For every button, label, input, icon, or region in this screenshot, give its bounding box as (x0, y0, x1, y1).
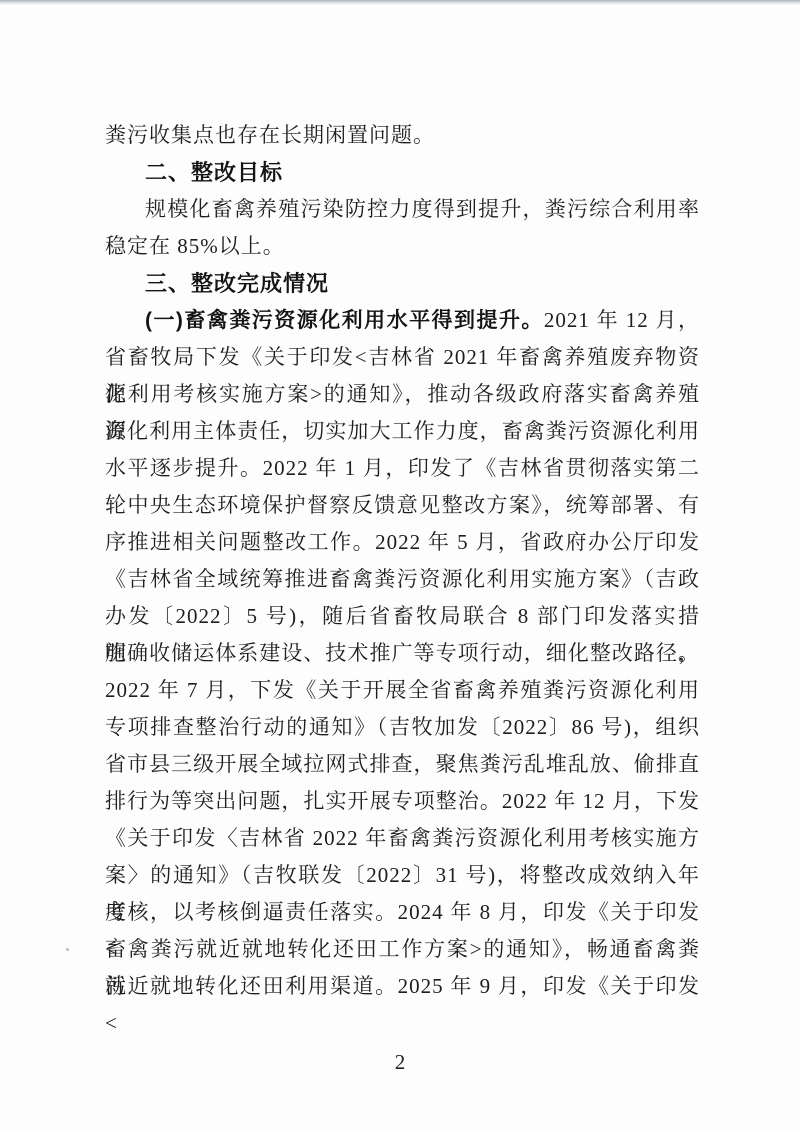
paragraph-line: 考核，以考核倒逼责任落实。2024 年 8 月，印发《关于印发< (105, 894, 700, 931)
document-text: 粪污收集点也存在长期闲置问题。 二、整改目标 规模化畜禽养殖污染防控力度得到提升… (105, 117, 700, 1005)
paragraph-line: (一)畜禽粪污资源化利用水平得到提升。2021 年 12 月， (105, 302, 700, 339)
paragraph-line: 序推进相关问题整改工作。2022 年 5 月，省政府办公厅印发 (105, 524, 700, 561)
document-page: 粪污收集点也存在长期闲置问题。 二、整改目标 规模化畜禽养殖污染防控力度得到提升… (0, 0, 800, 1131)
paragraph-line: 省畜牧局下发《关于印发<吉林省 2021 年畜禽养殖废弃物资源 (105, 339, 700, 376)
scan-speck-artifact (66, 948, 69, 951)
paragraph-line: 水平逐步提升。2022 年 1 月，印发了《吉林省贯彻落实第二 (105, 450, 700, 487)
paragraph-line: 轮中央生态环境保护督察反馈意见整改方案》，统筹部署、有 (105, 487, 700, 524)
paragraph-line: 专项排查整治行动的通知》（吉牧加发〔2022〕86 号)，组织 (105, 709, 700, 746)
paragraph-line: 省市县三级开展全域拉网式排查，聚焦粪污乱堆乱放、偷排直 (105, 746, 700, 783)
paragraph-line: 《吉林省全域统筹推进畜禽粪污资源化利用实施方案》（吉政 (105, 561, 700, 598)
paragraph-line: 稳定在 85%以上。 (105, 228, 700, 265)
paragraph-line: 办发〔2022〕5 号)，随后省畜牧局联合 8 部门印发落实措施， (105, 598, 700, 635)
paragraph-line: 化利用考核实施方案>的通知》，推动各级政府落实畜禽养殖资 (105, 376, 700, 413)
scan-edge-artifact (0, 0, 800, 5)
paragraph-line: 《关于印发〈吉林省 2022 年畜禽粪污资源化利用考核实施方 (105, 820, 700, 857)
paragraph-line: 明确收储运体系建设、技术推广等专项行动，细化整改路径。 (105, 635, 700, 672)
section-heading-3: 三、整改完成情况 (105, 265, 700, 302)
section-heading-2: 二、整改目标 (105, 154, 700, 191)
paragraph-line: 规模化畜禽养殖污染防控力度得到提升，粪污综合利用率 (105, 191, 700, 228)
subsection-heading: (一)畜禽粪污资源化利用水平得到提升。 (145, 309, 544, 332)
paragraph-line: 粪污收集点也存在长期闲置问题。 (105, 117, 700, 154)
paragraph-line: 2022 年 7 月，下发《关于开展全省畜禽养殖粪污资源化利用 (105, 672, 700, 709)
paragraph-line: 源化利用主体责任，切实加大工作力度，畜禽粪污资源化利用 (105, 413, 700, 450)
paragraph-line: 排行为等突出问题，扎实开展专项整治。2022 年 12 月，下发 (105, 783, 700, 820)
paragraph-line: 畜禽粪污就近就地转化还田工作方案>的通知》，畅通畜禽粪污 (105, 931, 700, 968)
paragraph-line: 就近就地转化还田利用渠道。2025 年 9 月，印发《关于印发< (105, 968, 700, 1005)
page-number: 2 (0, 1050, 800, 1075)
paragraph-line: 案〉的通知》（吉牧联发〔2022〕31 号)，将整改成效纳入年度 (105, 857, 700, 894)
